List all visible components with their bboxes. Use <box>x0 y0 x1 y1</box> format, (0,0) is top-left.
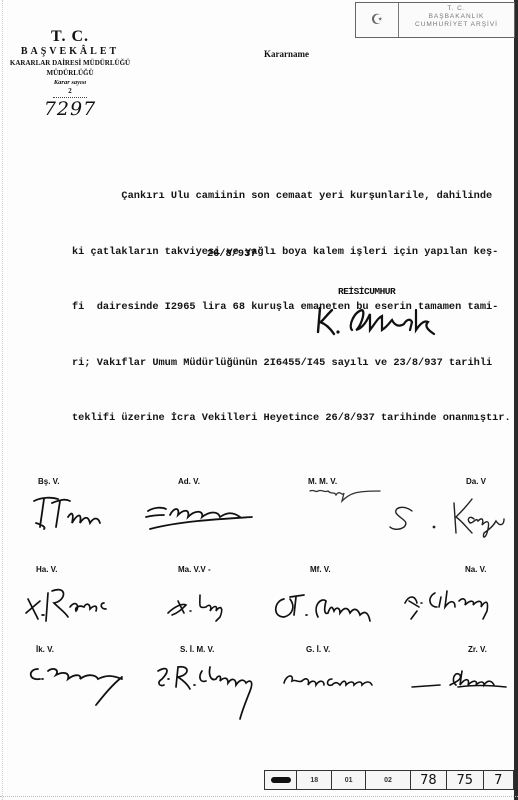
body-line: teklifi üzerine İcra Vekilleri Heyetince… <box>72 409 514 428</box>
archive-cell: 7 <box>484 771 514 789</box>
minister-signature-block: Zr. V. <box>400 645 518 715</box>
minister-role: S. İ. M. V. <box>180 645 214 654</box>
minister-signature <box>22 489 132 539</box>
stamp-line-2: BAŞBAKANLIK <box>399 13 514 21</box>
minister-role: Ma. V.V - <box>178 565 211 574</box>
minister-signature-block: Ha. V. <box>22 565 142 635</box>
minister-signature <box>395 577 510 632</box>
minister-role: Mf. V. <box>310 565 331 574</box>
minister-signature <box>270 577 390 632</box>
archive-cell: 02 <box>366 771 410 789</box>
minister-signature <box>150 657 280 727</box>
subdepartment-label: MÜDÜRLÜĞÜ <box>0 68 140 78</box>
decree-date: 26/8/937 <box>207 248 256 260</box>
ink-blot-icon <box>271 777 291 783</box>
office-label: BAŞVEKÂLET <box>0 46 140 58</box>
decision-number-label: Karar sayısı <box>0 78 140 87</box>
archive-cell: 01 <box>332 771 366 789</box>
minister-signature-block: S. İ. M. V. <box>150 645 270 715</box>
minister-signature <box>22 657 142 717</box>
minister-role: Ha. V. <box>36 565 58 574</box>
body-line: Çankırı Ulu camiinin son cemaat yeri kur… <box>72 187 514 206</box>
minister-signature-block: Mf. V. <box>270 565 390 635</box>
minister-signature-block: Ad. V. <box>140 477 260 547</box>
minister-signature <box>140 489 260 539</box>
scan-edge-left <box>2 0 4 800</box>
minister-role: Ad. V. <box>178 477 200 486</box>
minister-signature-block: G. İ. V. <box>282 645 402 715</box>
minister-signature-block: Na. V. <box>395 565 515 635</box>
minister-role: Bş. V. <box>38 477 60 486</box>
archive-cell: 18 <box>297 771 331 789</box>
minister-role: M. M. V. <box>308 477 337 486</box>
minister-role: İk. V. <box>36 645 54 654</box>
body-line: fi dairesinde I2965 lira 68 kuruşla eman… <box>72 298 514 317</box>
minister-role: Na. V. <box>465 565 487 574</box>
minister-role: Zr. V. <box>468 645 487 654</box>
president-signature <box>312 300 442 340</box>
body-line: ri; Vakıflar Umum Müdürlüğünün 2I6455/I4… <box>72 354 514 373</box>
archive-reference-strip: 18 01 02 78 75 7 <box>264 770 514 790</box>
stamp-line-3: CUMHURİYET ARŞİVİ <box>399 21 514 29</box>
crescent-star-icon: ☪ <box>356 3 399 37</box>
archive-cell <box>265 771 297 789</box>
minister-signature <box>22 577 132 632</box>
minister-signature-block: İk. V. <box>22 645 142 715</box>
state-label: T. C. <box>0 28 140 46</box>
minister-role: G. İ. V. <box>306 645 330 654</box>
body-line: ki çatlakların takviyesi ve yağlı boya k… <box>72 243 514 262</box>
archive-cell: 75 <box>447 771 483 789</box>
scan-edge-bottom <box>0 796 518 798</box>
department-label: KARARLAR DAİRESİ MÜDÜRLÜĞÜ <box>0 58 140 68</box>
minister-signature <box>160 577 260 627</box>
decree-body: Çankırı Ulu camiinin son cemaat yeri kur… <box>72 150 514 465</box>
stamp-text: T. C. BAŞBAKANLIK CUMHURİYET ARŞİVİ <box>399 3 514 37</box>
document-page: T. C. BAŞVEKÂLET KARARLAR DAİRESİ MÜDÜRL… <box>0 0 518 800</box>
archive-stamp: ☪ T. C. BAŞBAKANLIK CUMHURİYET ARŞİVİ <box>355 2 515 38</box>
minister-signature <box>282 657 392 707</box>
stamp-line-1: T. C. <box>399 5 514 13</box>
president-title: REİSİCUMHUR <box>338 286 395 297</box>
document-type: Kararname <box>264 49 309 59</box>
letterhead: T. C. BAŞVEKÂLET KARARLAR DAİRESİ MÜDÜRL… <box>0 28 140 119</box>
minister-signature <box>400 657 510 707</box>
minister-role: Da. V <box>466 477 486 486</box>
minister-signature <box>400 489 510 544</box>
minister-signature-block: Bş. V. <box>22 477 142 547</box>
minister-signature-block: Ma. V.V - <box>160 565 280 635</box>
archive-cell: 78 <box>411 771 447 789</box>
decision-number-printed: 2 <box>0 87 140 96</box>
decision-number-handwritten: 7297 <box>0 99 140 119</box>
minister-signature-block: Da. V <box>400 477 518 547</box>
